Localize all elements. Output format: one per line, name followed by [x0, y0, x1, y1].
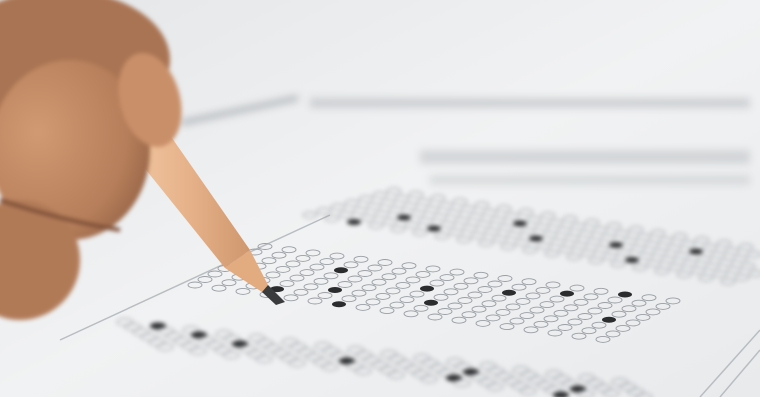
answer-bubble — [602, 317, 616, 323]
answer-bubble — [232, 341, 248, 348]
answer-bubble — [424, 300, 438, 306]
answer-bubble — [560, 291, 574, 297]
answer-bubble — [420, 286, 434, 292]
answer-bubble — [513, 221, 527, 227]
answer-bubble — [334, 267, 348, 273]
answer-bubble — [446, 375, 462, 382]
answer-bubble — [332, 301, 346, 307]
answer-bubble — [427, 226, 441, 232]
answer-bubble — [609, 242, 623, 248]
answer-bubble — [150, 323, 166, 330]
answer-bubble — [570, 386, 586, 393]
answer-bubble — [689, 249, 703, 255]
answer-bubble — [191, 332, 207, 339]
answer-bubble — [463, 369, 479, 376]
answer-bubble — [529, 236, 543, 242]
answer-bubble — [397, 215, 411, 221]
answer-bubble — [502, 290, 516, 296]
answer-bubble — [328, 287, 342, 293]
answer-bubble — [347, 219, 361, 225]
answer-bubble — [339, 358, 355, 365]
answer-bubble — [625, 257, 639, 263]
photo-scene — [0, 0, 760, 397]
answer-sheet-photo — [0, 0, 760, 397]
answer-bubble — [618, 292, 632, 298]
